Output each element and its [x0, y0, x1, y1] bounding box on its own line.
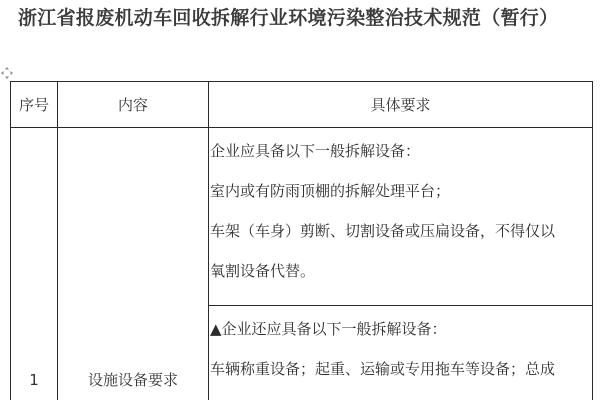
requirements-block-additional: ▲企业还应具备以下一般拆解设备： 车辆称重设备；起重、运输或专用拖车等设备；总成 — [209, 305, 592, 400]
row-requirements-cell: 企业应具备以下一般拆解设备： 室内或有防雨顶棚的拆解处理平台； 车架（车身）剪断… — [209, 128, 593, 400]
header-number: 序号 — [11, 82, 58, 128]
row-number: 1 — [11, 360, 57, 400]
requirement-line: 车辆称重设备；起重、运输或专用拖车等设备；总成 — [210, 349, 592, 389]
row-number-cell: 1 — [11, 128, 58, 400]
requirement-line: 企业应具备以下一般拆解设备： — [210, 131, 592, 171]
requirement-line: 氧割设备代替。 — [210, 251, 592, 291]
row-content: 设施设备要求 — [58, 360, 208, 400]
move-handle-icon[interactable] — [1, 64, 13, 76]
requirement-line: ▲企业还应具备以下一般拆解设备： — [210, 309, 592, 349]
requirement-line: 室内或有防雨顶棚的拆解处理平台； — [210, 171, 592, 211]
table-header-row: 序号 内容 具体要求 — [11, 82, 593, 128]
requirements-block-general: 企业应具备以下一般拆解设备： 室内或有防雨顶棚的拆解处理平台； 车架（车身）剪断… — [209, 131, 592, 305]
table-row: 1 设施设备要求 企业应具备以下一般拆解设备： 室内或有防雨顶棚的拆解处理平台；… — [11, 128, 593, 400]
row-content-cell: 设施设备要求 — [58, 128, 209, 400]
document-title: 浙江省报废机动车回收拆解行业环境污染整治技术规范（暂行） — [18, 4, 598, 32]
requirements-table: 序号 内容 具体要求 1 设施设备要求 企业应具备以下一般拆解设备： 室内或有防… — [10, 81, 593, 400]
header-requirements: 具体要求 — [209, 82, 593, 128]
requirement-line: 车架（车身）剪断、切割设备或压扁设备，不得仅以 — [210, 211, 592, 251]
header-content: 内容 — [58, 82, 209, 128]
